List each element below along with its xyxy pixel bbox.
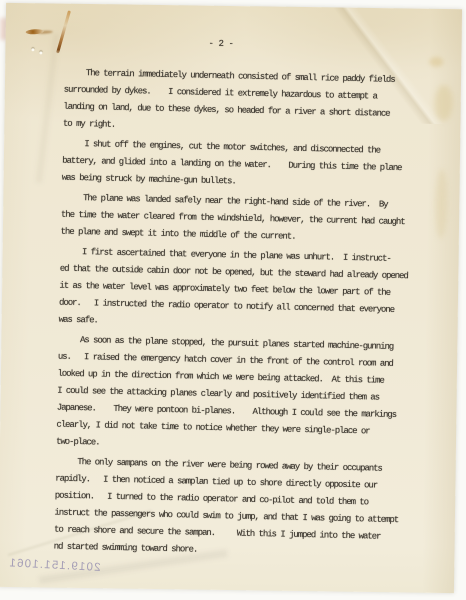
- paragraph: The only sampans on the river were being…: [54, 454, 436, 564]
- rust-stain-blob: [26, 29, 44, 35]
- paragraph: The terrain immediately underneath consi…: [63, 65, 444, 141]
- paper-sheet: - 2 - The terrain immediately underneath…: [0, 3, 462, 593]
- yellow-stain: [429, 57, 443, 67]
- paper-speck: [31, 48, 34, 51]
- paragraph: The plane was landed safely near the rig…: [60, 190, 441, 249]
- wrinkle-left: [34, 33, 62, 183]
- page-number: - 2 -: [208, 39, 233, 49]
- paper-speck: [39, 51, 42, 54]
- scanned-document-page: - 2 - The terrain immediately underneath…: [0, 0, 466, 600]
- paragraph: As soon as the plane stopped, the pursui…: [56, 332, 439, 459]
- paragraph: I shut off the engines, cut the motor sw…: [62, 136, 443, 195]
- accession-stamp-mirrored: 2019.151.1061: [8, 557, 101, 573]
- paragraph: I first ascertained that everyone in the…: [58, 244, 440, 337]
- document-body: The terrain immediately underneath consi…: [53, 65, 444, 567]
- rust-stain-streak: [56, 10, 71, 53]
